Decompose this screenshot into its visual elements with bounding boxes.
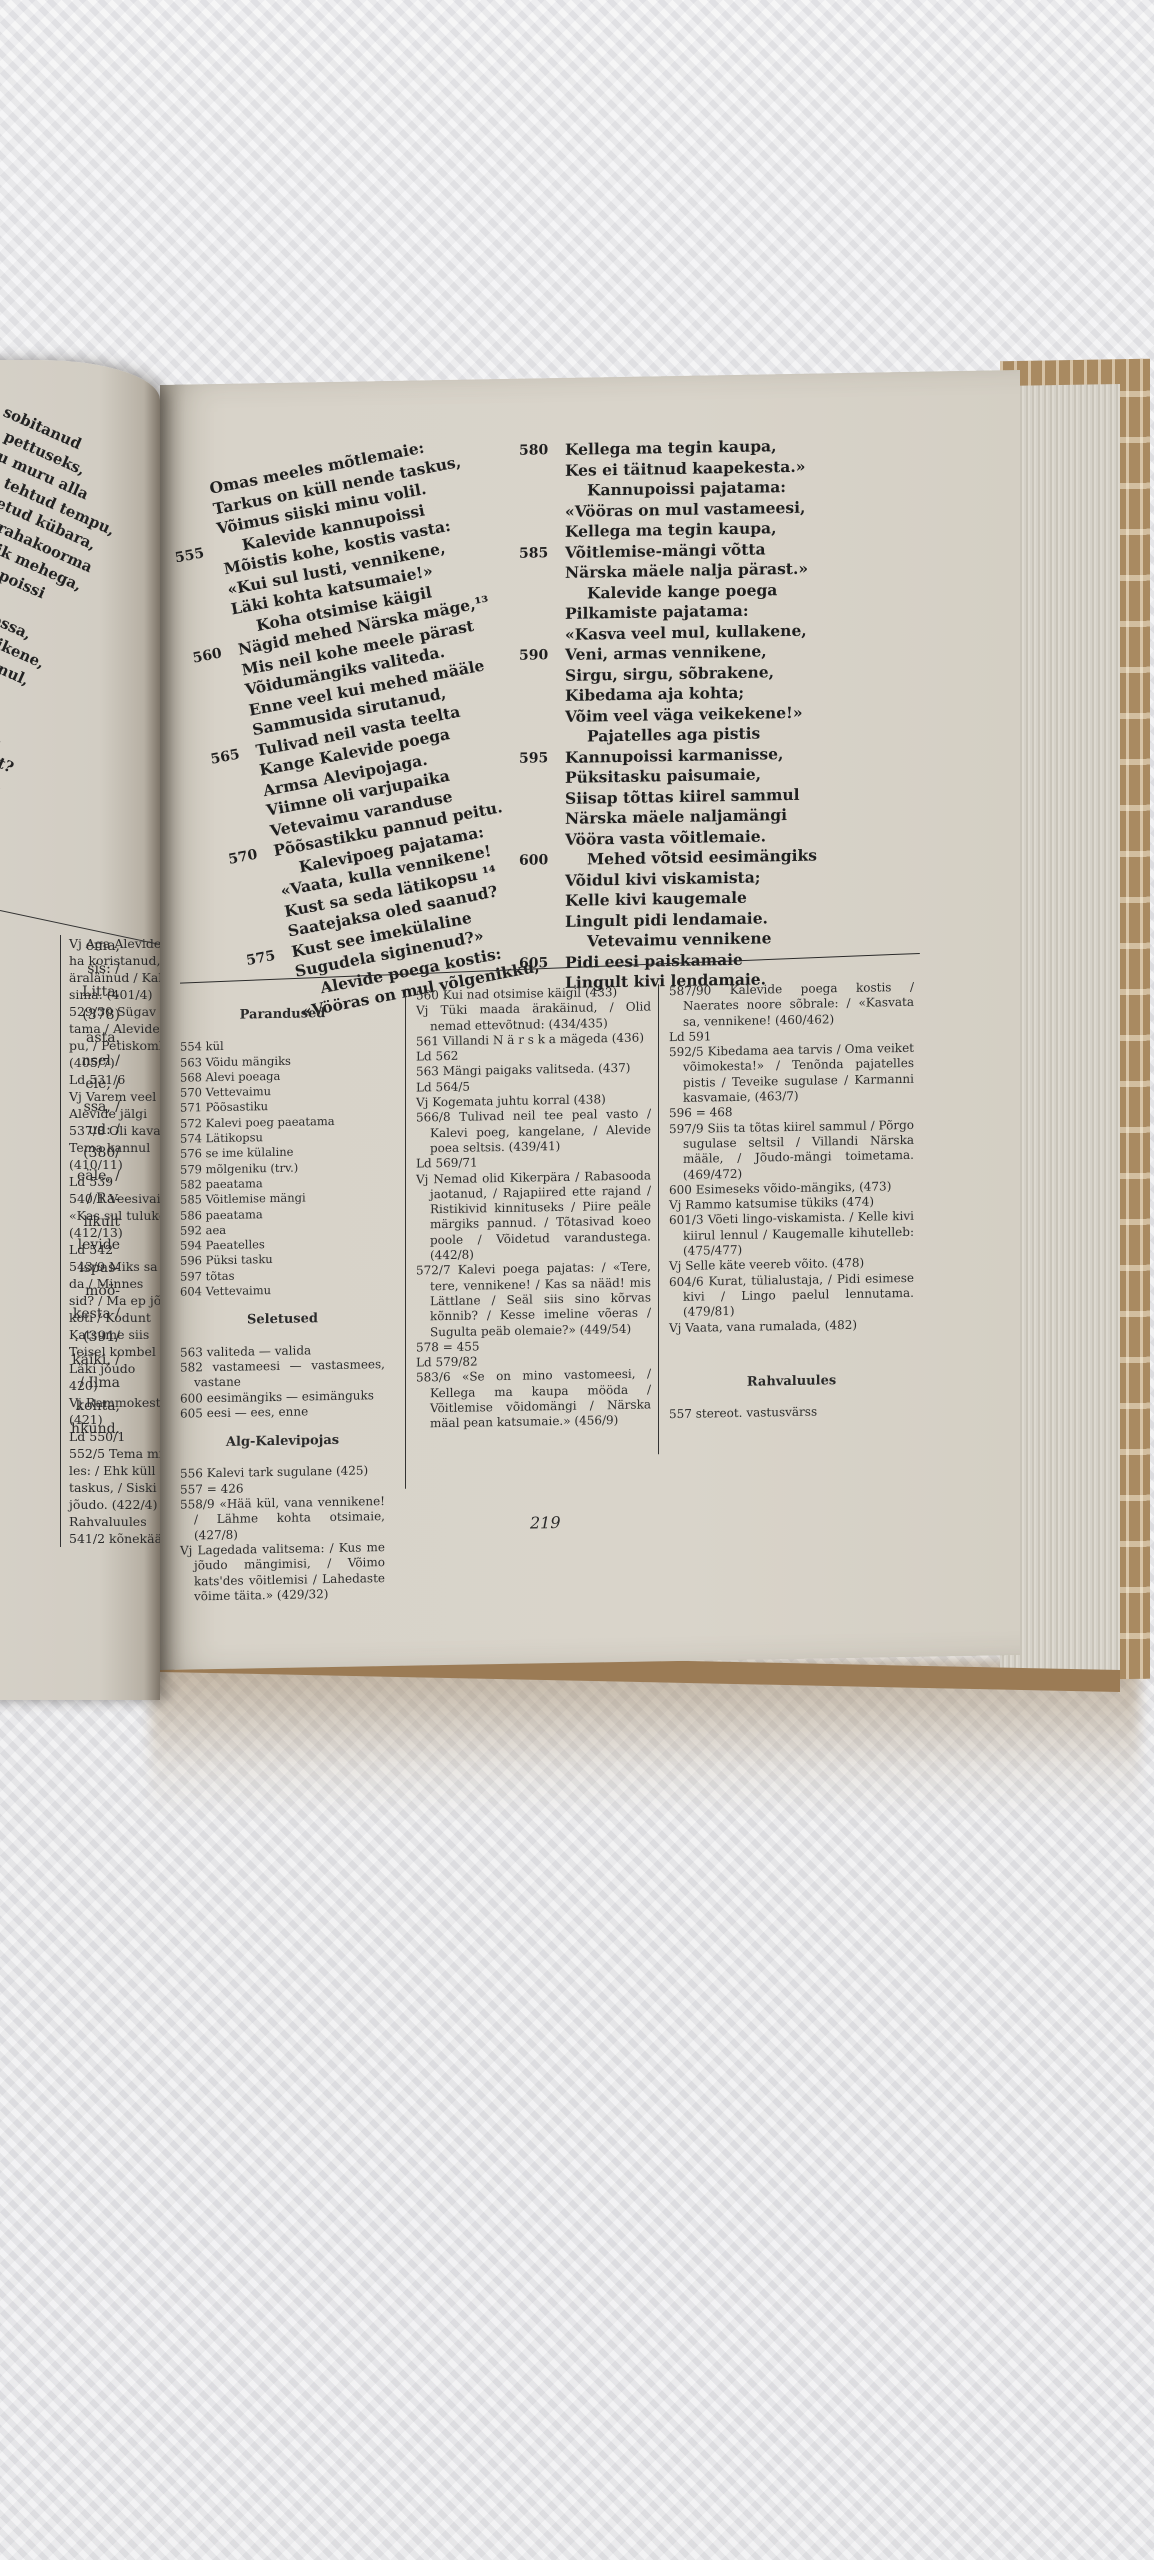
right-page: Omas meeles mõtlemaie:Tarkus on küll nen… — [160, 370, 1020, 1670]
left-note-fragment: 540/1 Veesivaimo — [69, 1190, 160, 1207]
left-note-fragment: Vj Varem veel kui — [69, 1088, 160, 1105]
verse-text: Võim veel väga veikekene!» — [565, 702, 803, 725]
left-note-fragment: Tema kannul — [69, 1139, 160, 1156]
verse-text: «Kasva veel mul, kullakene, — [565, 620, 807, 643]
verse-text: Kelle kivi kaugemale — [565, 888, 747, 910]
verse-text: Närska mäele nalja pärast.» — [565, 559, 808, 582]
left-note-fragment: les: / Ehk küll — [69, 1462, 160, 1479]
left-note-fragment: sima. (401/4) — [69, 986, 160, 1003]
verse-number: 565 — [209, 744, 241, 770]
verse-text: Kannupoissi pajatama: — [587, 477, 786, 499]
poem-column-right: 580Kellega ma tegin kaupa,Kes ei täitnud… — [565, 434, 895, 993]
alg-kalevipojas-list-part3: 587/90 Kalevide poega kostis / Naerates … — [669, 980, 914, 1336]
left-page-poem-fragment: ale sobitanudpoja pettuseks,mulku muru a… — [0, 390, 160, 998]
left-page: ale sobitanudpoja pettuseks,mulku muru a… — [0, 360, 160, 1700]
verse-text: Kannupoissi karmanisse, — [565, 744, 783, 767]
notes-column-3: 587/90 Kalevide poega kostis / Naerates … — [658, 980, 914, 1454]
verse-number: 595 — [519, 748, 548, 769]
left-note-fragment: 543/9 Miks sa kallis — [69, 1258, 160, 1275]
left-note-fragment: taskus, / Siski — [69, 1479, 160, 1496]
left-note-fragment: Vj Rammokesta — [69, 1394, 160, 1411]
left-note-fragment: Teisel kombel — [69, 1343, 160, 1360]
verse-text: Mehed võtsid eesimängiks — [587, 846, 817, 869]
left-note-fragment: (421) — [69, 1411, 160, 1428]
note-entry: 604/6 Kurat, tülialustaja, / Pidi esimes… — [669, 1270, 914, 1320]
note-entry: 601/3 Võeti lingo-viskamista. / Kelle ki… — [669, 1209, 914, 1259]
left-note-fragment: koti / Kodunt — [69, 1309, 160, 1326]
verse-text: Vööra vasta võitlemaie. — [565, 826, 766, 849]
left-note-fragment: Vj Aga Alevide poeg — [69, 935, 160, 952]
verse-text: Lingult pidi lendamaie. — [565, 908, 768, 931]
rahvaluules-entry: 557 stereot. vastusvärss — [669, 1403, 914, 1423]
verse-text: Püksitasku paisumaie, — [565, 765, 761, 787]
verse-text: «Vööras on mul vastameesi, — [565, 497, 805, 520]
left-note-fragment: Ld 539 — [69, 1173, 160, 1190]
verse-number: 560 — [191, 643, 223, 669]
left-note-fragment: Ld 542 — [69, 1241, 160, 1258]
left-note-fragment: 541/2 kõnekäänd — [69, 1530, 160, 1547]
verse-text: Pilkamiste pajatama: — [565, 601, 749, 623]
verse-text: Võitlemise-mängi võtta — [565, 539, 766, 562]
verse-text: Kibedama aja kohta; — [565, 683, 744, 705]
left-note-fragment: ha koristanud, / — [69, 952, 160, 969]
left-note-fragment: Katsume siis — [69, 1326, 160, 1343]
verse-text: Pajatelles aga pistis — [587, 724, 760, 746]
verse-number: 585 — [519, 543, 548, 564]
verse-number: 605 — [519, 953, 548, 974]
left-note-fragment: 552/5 Tema mis — [69, 1445, 160, 1462]
page-number: 219 — [530, 1513, 561, 1533]
heading-rahvaluules: Rahvaluules — [669, 1372, 914, 1392]
left-page-notes-col-b: Vj Aga Alevide poegha koristanud, /äralä… — [60, 935, 160, 1547]
verse-number: 570 — [227, 845, 259, 871]
left-note-fragment: 537/8 Oli kaval — [69, 1122, 160, 1139]
left-note-fragment: 420) — [69, 1377, 160, 1394]
seletused-list: 563 valiteda — valida582 vastameesi — va… — [180, 1342, 385, 1422]
verse-text: Närska mäele naljamängi — [565, 805, 787, 828]
left-note-fragment: 529/30 Sügav haud — [69, 1003, 160, 1020]
verse-text: Vetevaimu vennikene — [587, 928, 772, 950]
verse-number: 600 — [519, 850, 548, 871]
note-entry: 558/9 «Hää kül, vana vennikene! / Lähme … — [180, 1494, 385, 1543]
left-note-fragment: (410/11) — [69, 1156, 160, 1173]
verse-text: Kes ei täitnud kaapekesta.» — [565, 456, 805, 479]
note-entry: 592/5 Kibedama aea tarvis / Oma veiket v… — [669, 1041, 914, 1106]
left-note-fragment: Alevide jälgi — [69, 1105, 160, 1122]
verse-text: Võidul kivi viskamista; — [565, 867, 760, 889]
note-entry: Vj Tüki maada ärakäinud, / Olid nemad et… — [416, 1000, 651, 1035]
note-entry: 583/6 «Se on mino vastomeesi, / Kellega … — [416, 1367, 651, 1432]
note-entry: Vj Lagedada valitsema: / Kus me jõudo mä… — [180, 1540, 385, 1605]
left-note-fragment: Rahvaluules — [69, 1513, 160, 1530]
left-note-fragment: Ld 531/6 — [69, 1071, 160, 1088]
left-note-fragment: (412/13) — [69, 1224, 160, 1241]
left-note-fragment: (405/7) — [69, 1054, 160, 1071]
note-entry: 572/7 Kalevi poega pajatas: / «Tere, ter… — [416, 1260, 651, 1341]
alg-kalevipojas-list-part1: 556 Kalevi tark sugulane (425)557 = 4265… — [180, 1463, 385, 1604]
left-note-fragment: sid? / Ma ep jõu — [69, 1292, 160, 1309]
left-note-fragment: tama / Alevide — [69, 1020, 160, 1037]
note-entry: 582 vastameesi — vastasmees, vastane — [180, 1357, 385, 1391]
parandused-list: 554 kül563 Võidu mängiks568 Alevi poeaga… — [180, 1036, 385, 1300]
verse-number: 555 — [173, 543, 205, 569]
notes-column-2: 560 Kui nad otsimise käigil (433)Vj Tüki… — [405, 984, 651, 1488]
note-entry: 597/9 Siis ta tõtas kiirel sammul / Põrg… — [669, 1118, 914, 1183]
heading-parandused: Parandused — [180, 1005, 385, 1024]
note-entry: 587/90 Kalevide poega kostis / Naerates … — [669, 980, 914, 1030]
verse-text: Kellega ma tegin kaupa, — [565, 436, 777, 459]
verse-text: Siisap tõttas kiirel sammul — [565, 784, 800, 807]
left-note-fragment: äraläinud / Kalev — [69, 969, 160, 986]
notes-column-1: Parandused 554 kül563 Võidu mängiks568 A… — [180, 991, 385, 1605]
verse-text: Sirgu, sirgu, sõbrakene, — [565, 662, 774, 685]
alg-kalevipojas-list-part2: 560 Kui nad otsimise käigil (433)Vj Tüki… — [416, 984, 651, 1432]
left-note-fragment: Läki jõudo — [69, 1360, 160, 1377]
heading-alg-kalevipojas: Alg-Kalevipojas — [180, 1432, 385, 1451]
heading-seletused: Seletused — [180, 1310, 385, 1329]
left-note-fragment: pu, / Petiskombel — [69, 1037, 160, 1054]
left-note-fragment: da / Minnes — [69, 1275, 160, 1292]
verse-text: Veni, armas vennikene, — [565, 641, 767, 664]
verse-text: Kalevide kange poega — [587, 580, 777, 602]
note-entry: 605 eesi — ees, enne — [180, 1403, 385, 1422]
verse-number: 590 — [519, 645, 548, 666]
verse-number: 580 — [519, 440, 548, 461]
note-entry: Vj Nemad olid Kikerpära / Rabasooda jaot… — [416, 1168, 651, 1264]
verse-text: Kellega ma tegin kaupa, — [565, 518, 777, 541]
note-entry: 604 Vettevaimu — [180, 1281, 385, 1300]
left-note-fragment: jõudo. (422/4) — [69, 1496, 160, 1513]
left-note-fragment: Ld 550/1 — [69, 1428, 160, 1445]
verse-number: 575 — [245, 945, 277, 971]
left-note-fragment: «Kas sul tulukes — [69, 1207, 160, 1224]
note-entry: 566/8 Tulivad neil tee peal vasto / Kale… — [416, 1107, 651, 1157]
